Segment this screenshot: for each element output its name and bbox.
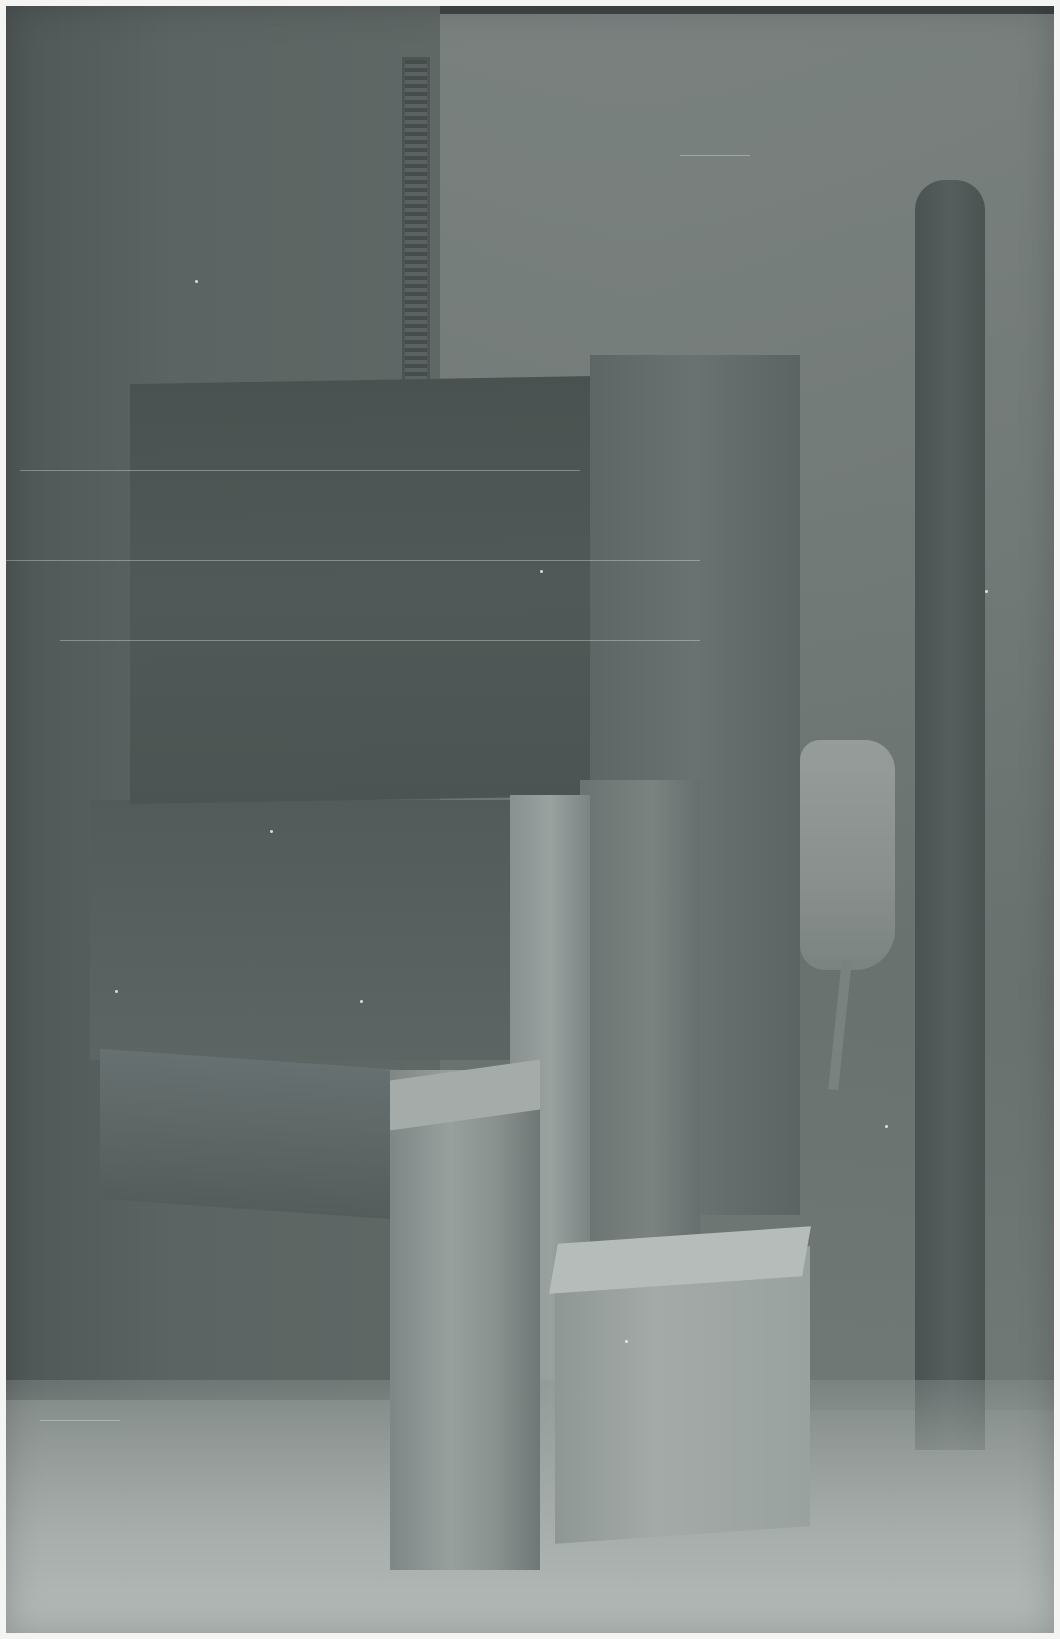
wooden-post-back [580,780,700,1260]
dust [115,990,118,993]
press-lower-body [90,800,510,1060]
scratch [0,560,700,561]
stone-block [555,1246,810,1544]
photograph [0,0,1060,1639]
dust [540,570,543,573]
dust [195,280,198,283]
dust [985,590,988,593]
scratch [60,640,700,641]
threaded-screw [405,60,427,380]
dust [360,1000,363,1003]
press-box [130,376,600,804]
ceiling-beam [440,0,1060,14]
press-base-trough [100,1049,420,1221]
scratch [20,470,580,471]
dust [885,1125,888,1128]
dust [625,1340,628,1343]
wooden-post-front [390,1070,540,1570]
hanging-cloth [800,740,895,970]
scratch [680,155,750,156]
door-frame [915,180,985,1450]
scratch [40,1420,120,1421]
dust [270,830,273,833]
